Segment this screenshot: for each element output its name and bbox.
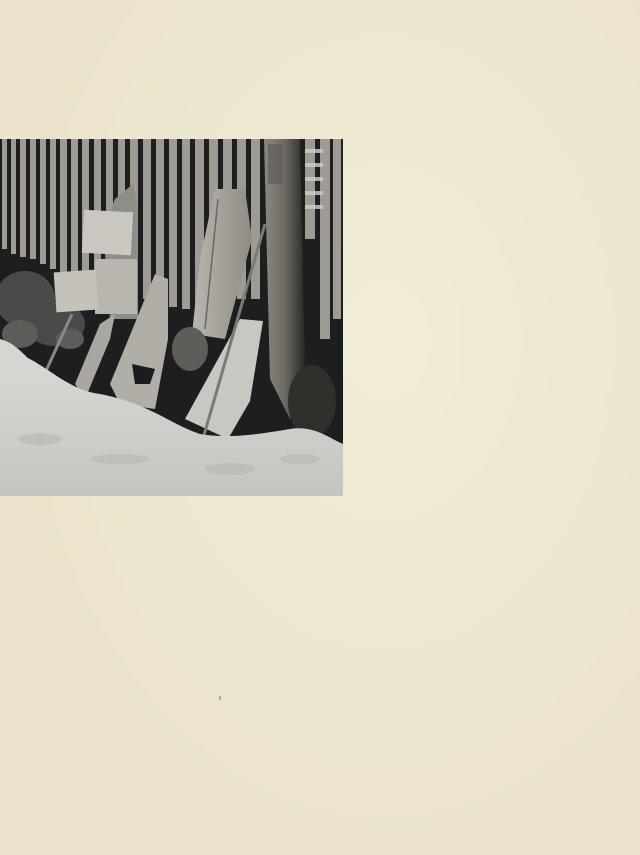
mounted-photograph (0, 139, 343, 496)
paper-speck (219, 696, 221, 700)
photo-image (0, 139, 343, 496)
album-page (0, 0, 640, 855)
